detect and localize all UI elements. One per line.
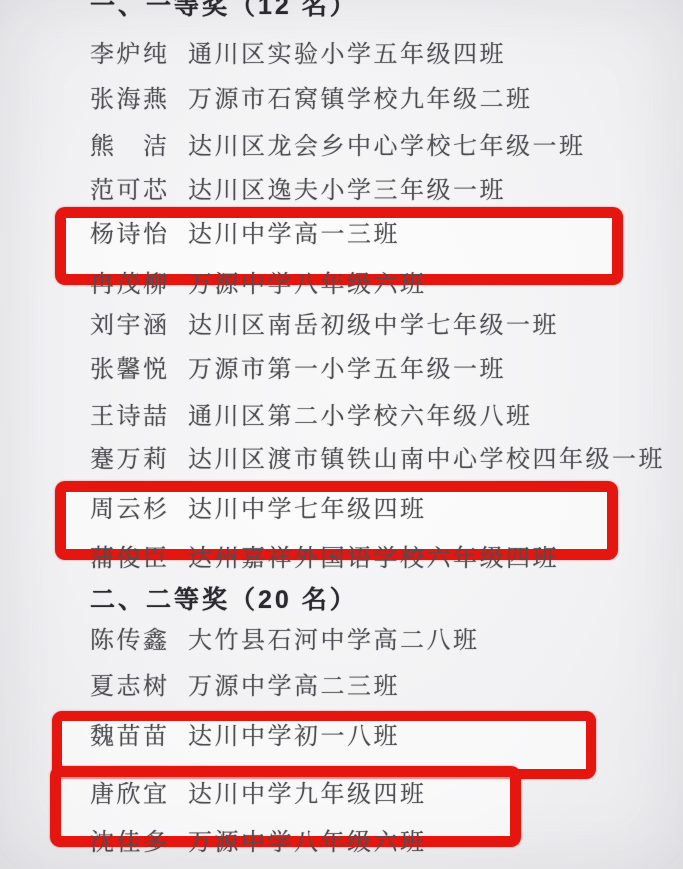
- winner-school: 通川区第二小学校六年级八班: [188, 395, 533, 439]
- award-row: 夏志树 万源中学高二三班: [0, 665, 683, 709]
- winner-school: 达川中学七年级四班: [188, 488, 427, 532]
- winner-school: 达川中学初一八班: [188, 715, 400, 759]
- winner-school: 通川区实验小学五年级四班: [188, 33, 506, 77]
- section-heading-second-prize: 二、二等奖（20 名）: [90, 578, 650, 622]
- award-row-highlighted: 唐欣宜 达川中学九年级四班: [0, 773, 683, 817]
- award-row: 范可芯 达川区逸夫小学三年级一班: [0, 169, 683, 213]
- winner-school: 达川区渡市镇铁山南中心学校四年级一班: [188, 438, 665, 482]
- award-document-page: 一、一等奖（12 名） 李炉纯 通川区实验小学五年级四班 张海燕 万源市石窝镇学…: [0, 0, 683, 869]
- award-row: 李炉纯 通川区实验小学五年级四班: [0, 33, 683, 77]
- award-row: 张馨悦 万源市第一小学五年级一班: [0, 348, 683, 392]
- award-row: 冉茂柳 万源中学八年级六班: [0, 263, 683, 307]
- winner-name: 蹇万莉: [90, 438, 170, 482]
- winner-name: 夏志树: [90, 665, 170, 709]
- winner-school: 万源中学八年级六班: [188, 821, 427, 865]
- winner-school: 达川中学九年级四班: [188, 773, 427, 817]
- winner-name: 张馨悦: [90, 348, 170, 392]
- award-row: 熊 洁 达川区龙会乡中心学校七年级一班: [0, 125, 683, 169]
- award-row: 沈佳多 万源中学八年级六班: [0, 821, 683, 865]
- winner-name: 周云杉: [90, 488, 170, 532]
- winner-name: 李炉纯: [90, 33, 170, 77]
- winner-school: 达州嘉祥外国语学校六年级四班: [188, 537, 559, 581]
- winner-name: 蒲俊臣: [90, 537, 170, 581]
- winner-school: 达川中学高一三班: [188, 213, 400, 257]
- winner-school: 万源市第一小学五年级一班: [188, 348, 506, 392]
- winner-name: 陈传鑫: [90, 619, 170, 663]
- winner-name: 冉茂柳: [90, 263, 170, 307]
- award-row: 蹇万莉 达川区渡市镇铁山南中心学校四年级一班: [0, 438, 683, 482]
- award-row: 刘宇涵 达川区南岳初级中学七年级一班: [0, 304, 683, 348]
- award-row-highlighted: 周云杉 达川中学七年级四班: [0, 488, 683, 532]
- winner-name: 魏苗苗: [90, 715, 170, 759]
- winner-name: 杨诗怡: [90, 213, 170, 257]
- winner-school: 达川区龙会乡中心学校七年级一班: [188, 125, 586, 169]
- winner-name: 范可芯: [90, 169, 170, 213]
- award-row: 陈传鑫 大竹县石河中学高二八班: [0, 619, 683, 663]
- winner-name: 张海燕: [90, 78, 170, 122]
- winner-name: 唐欣宜: [90, 773, 170, 817]
- winner-school: 达川区南岳初级中学七年级一班: [188, 304, 559, 348]
- winner-school: 万源中学八年级六班: [188, 263, 427, 307]
- award-row-highlighted: 杨诗怡 达川中学高一三班: [0, 213, 683, 257]
- winner-school: 达川区逸夫小学三年级一班: [188, 169, 506, 213]
- award-row: 蒲俊臣 达州嘉祥外国语学校六年级四班: [0, 537, 683, 581]
- winner-name: 王诗喆: [90, 395, 170, 439]
- winner-name: 沈佳多: [90, 821, 170, 865]
- winner-school: 大竹县石河中学高二八班: [188, 619, 480, 663]
- winner-name: 熊 洁: [90, 125, 170, 169]
- award-row: 张海燕 万源市石窝镇学校九年级二班: [0, 78, 683, 122]
- winner-school: 万源市石窝镇学校九年级二班: [188, 78, 533, 122]
- award-row-highlighted: 魏苗苗 达川中学初一八班: [0, 715, 683, 759]
- section-heading-first-prize: 一、一等奖（12 名）: [90, 0, 650, 28]
- winner-name: 刘宇涵: [90, 304, 170, 348]
- award-row: 王诗喆 通川区第二小学校六年级八班: [0, 395, 683, 439]
- winner-school: 万源中学高二三班: [188, 665, 400, 709]
